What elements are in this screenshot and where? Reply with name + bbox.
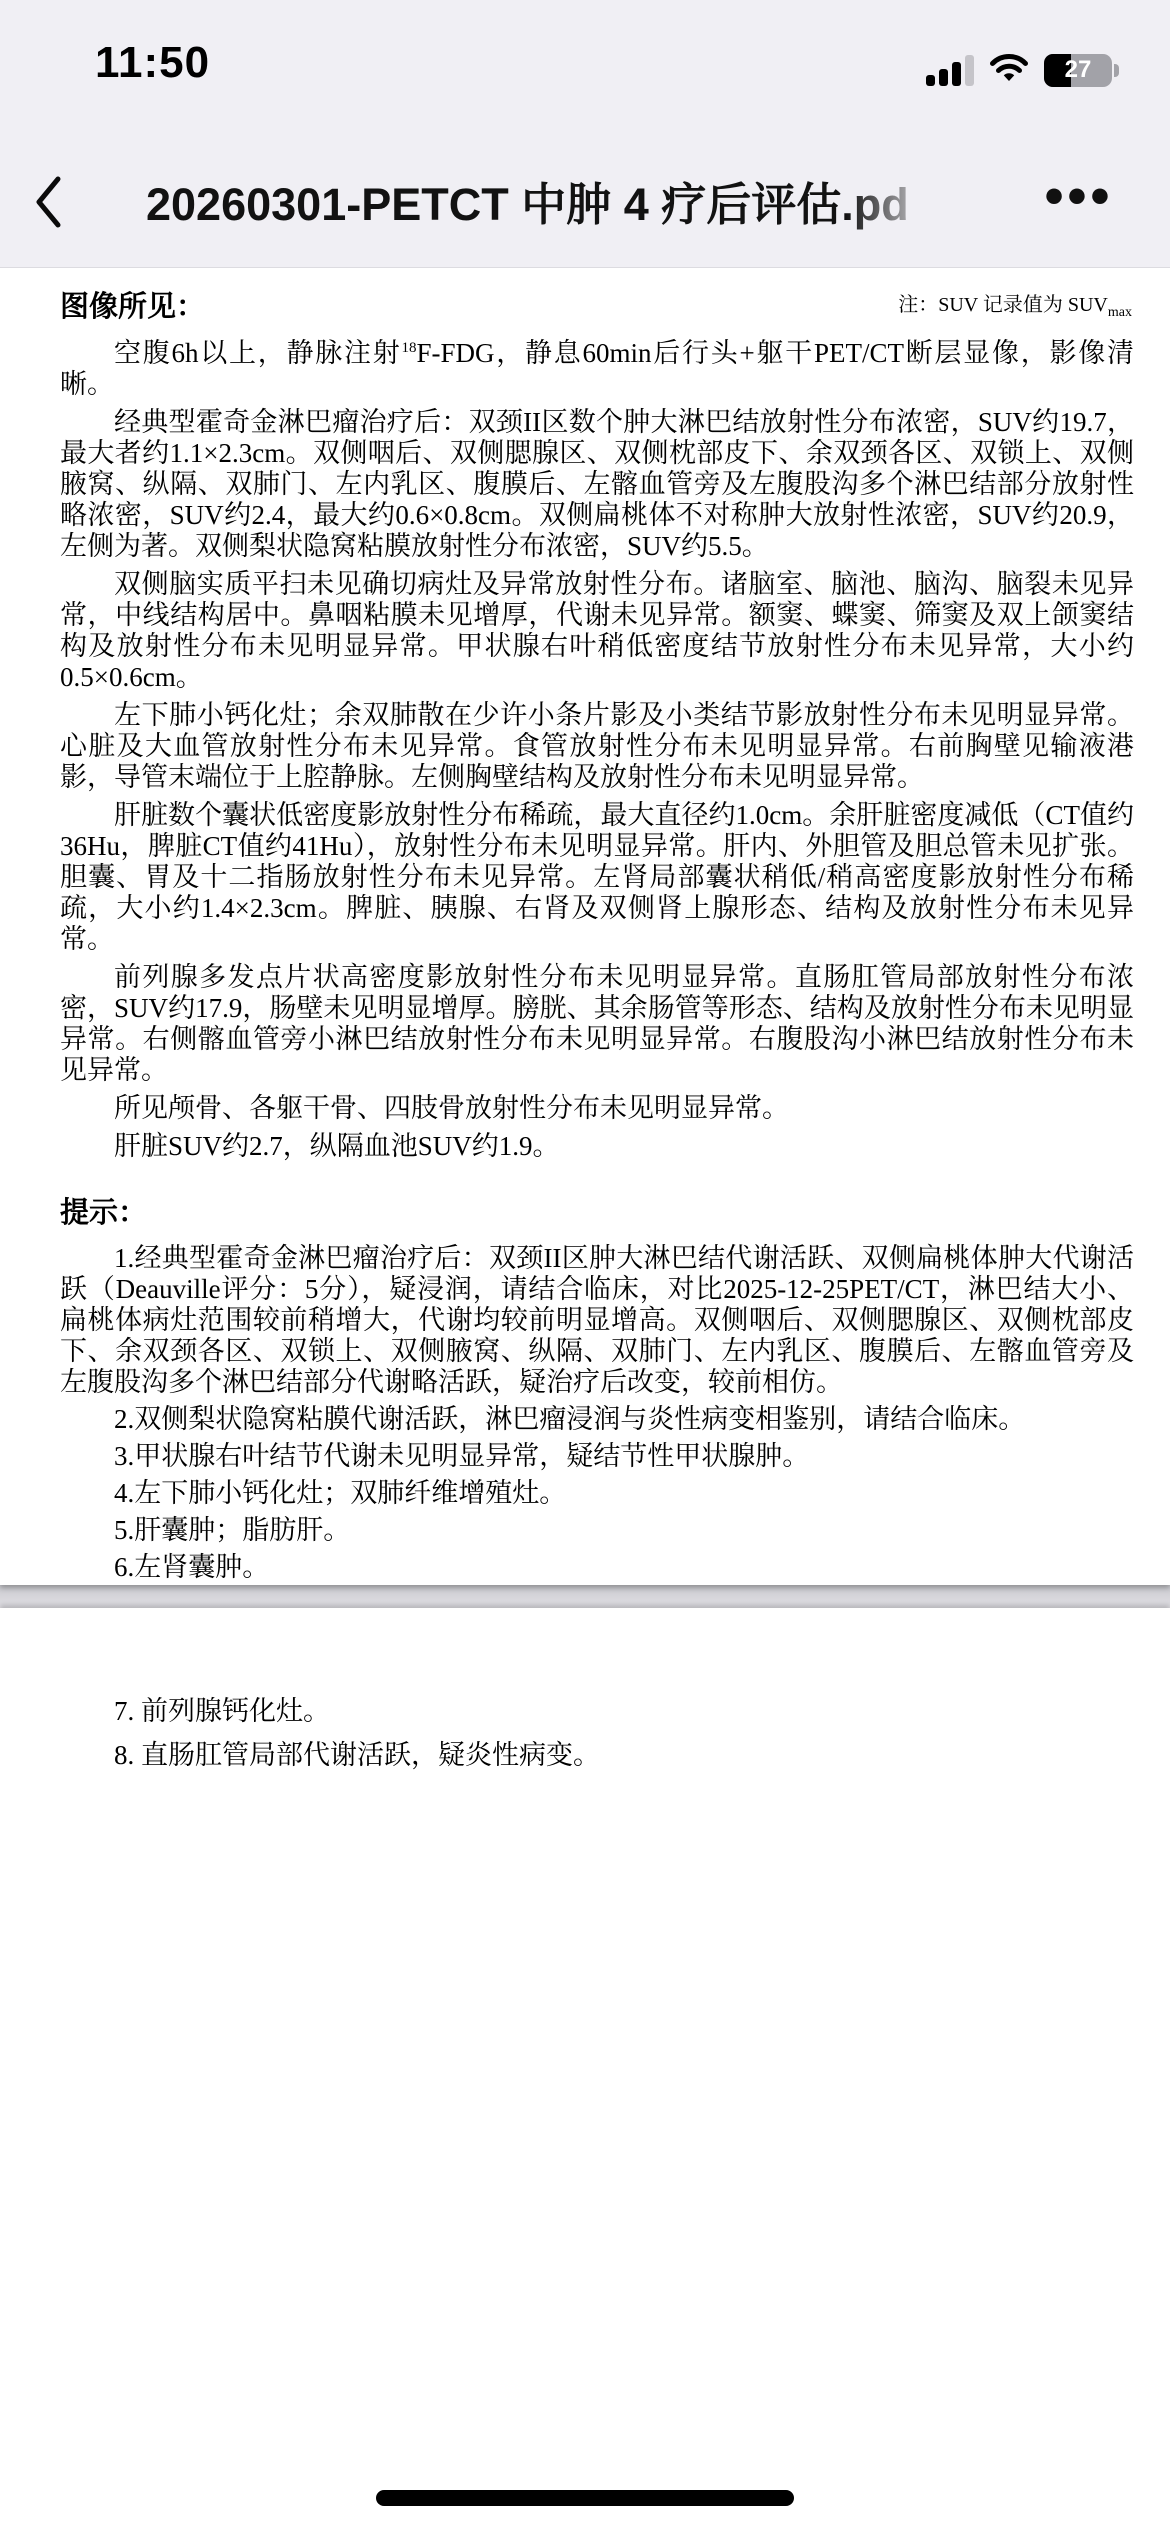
- tip-item-8: 8. 直肠肛管局部代谢活跃，疑炎性病变。: [60, 1738, 1134, 1772]
- pdf-page-2[interactable]: 7. 前列腺钙化灶。 8. 直肠肛管局部代谢活跃，疑炎性病变。: [0, 1608, 1170, 2532]
- findings-paragraph-5: 肝脏数个囊状低密度影放射性分布稀疏，最大直径约1.0cm。余肝脏密度减低（CT值…: [60, 800, 1134, 955]
- findings-paragraph-3: 双侧脑实质平扫未见确切病灶及异常放射性分布。诸脑室、脑池、脑沟、脑裂未见异常，中…: [60, 569, 1134, 693]
- findings-paragraph-4: 左下肺小钙化灶；余双肺散在少许小条片影及小类结节影放射性分布未见明显异常。心脏及…: [60, 700, 1134, 793]
- findings-heading: 图像所见：: [60, 284, 205, 325]
- tip-item-4: 4.左下肺小钙化灶；双肺纤维增殖灶。: [60, 1478, 1134, 1509]
- nav-bar: 20260301-PETCT 中肿 4 疗后评估.pd •••: [0, 150, 1170, 262]
- findings-paragraph-2: 经典型霍奇金淋巴瘤治疗后：双颈II区数个肿大淋巴结放射性分布浓密，SUV约19.…: [60, 407, 1134, 562]
- chevron-left-icon: [34, 174, 62, 235]
- home-indicator[interactable]: [376, 2490, 794, 2506]
- tip-item-3: 3.甲状腺右叶结节代谢未见明显异常，疑结节性甲状腺肿。: [60, 1441, 1134, 1472]
- ellipsis-icon: •••: [1045, 176, 1114, 216]
- battery-icon: 27: [1044, 54, 1112, 87]
- back-button[interactable]: [34, 172, 84, 236]
- battery-cap: [1114, 64, 1119, 77]
- more-options-button[interactable]: •••: [1024, 156, 1134, 236]
- status-nav-header: 11:50 27: [0, 0, 1170, 268]
- status-time: 11:50: [95, 38, 210, 88]
- pdf-page-1[interactable]: 图像所见： 注：SUV 记录值为 SUVmax 空腹6h以上，静脉注射18F-F…: [0, 268, 1170, 1585]
- page-separator: [0, 1585, 1170, 1608]
- findings-paragraph-8: 肝脏SUV约2.7，纵隔血池SUV约1.9。: [60, 1131, 1134, 1162]
- findings-paragraph-6: 前列腺多发点片状高密度影放射性分布未见明显异常。直肠肛管局部放射性分布浓密，SU…: [60, 962, 1134, 1086]
- tips-heading: 提示：: [60, 1190, 1134, 1231]
- battery-percent: 27: [1044, 54, 1112, 87]
- status-icons: 27: [926, 52, 1120, 88]
- findings-paragraph-1: 空腹6h以上，静脉注射18F-FDG，静息60min后行头+躯干PET/CT断层…: [60, 333, 1134, 400]
- document-title-wrap: 20260301-PETCT 中肿 4 疗后评估.pd: [146, 172, 966, 238]
- tip-item-6: 6.左肾囊肿。: [60, 1552, 1134, 1583]
- suv-note: 注：SUV 记录值为 SUVmax: [898, 284, 1134, 321]
- tip-item-1: 1.经典型霍奇金淋巴瘤治疗后：双颈II区肿大淋巴结代谢活跃、双侧扁桃体肿大代谢活…: [60, 1243, 1134, 1398]
- tip-item-7: 7. 前列腺钙化灶。: [60, 1694, 1134, 1728]
- wifi-icon: [989, 53, 1029, 88]
- phone-screen: 11:50 27: [0, 0, 1170, 2532]
- tip-item-5: 5.肝囊肿；脂肪肝。: [60, 1515, 1134, 1546]
- tip-item-2: 2.双侧梨状隐窝粘膜代谢活跃，淋巴瘤浸润与炎性病变相鉴别，请结合临床。: [60, 1404, 1134, 1435]
- document-title: 20260301-PETCT 中肿 4 疗后评估.pd: [146, 179, 909, 230]
- findings-paragraph-7: 所见颅骨、各躯干骨、四肢骨放射性分布未见明显异常。: [60, 1093, 1134, 1124]
- cellular-signal-icon: [926, 55, 974, 86]
